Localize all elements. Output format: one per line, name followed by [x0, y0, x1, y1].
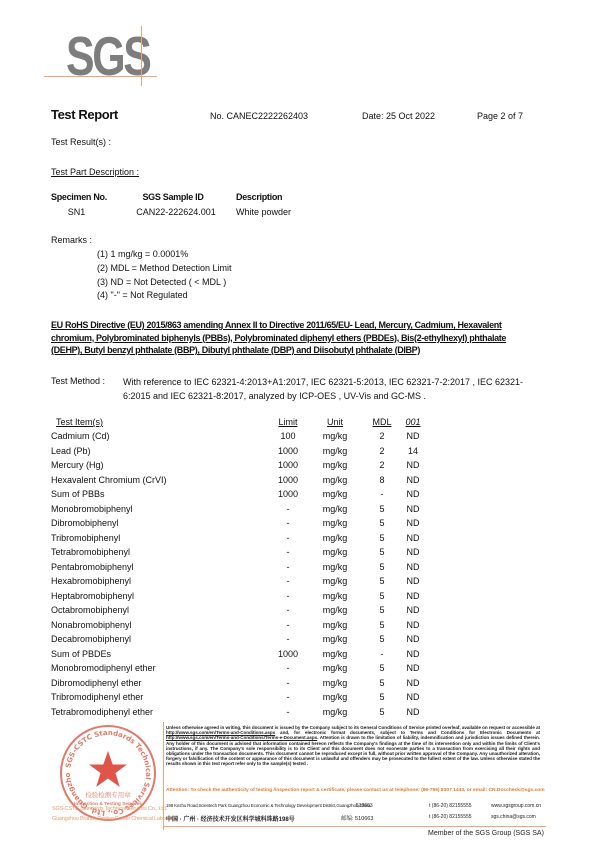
cell-limit: 1000: [273, 649, 303, 660]
cell-limit: -: [273, 605, 303, 616]
cell-test-item: Tetrabromodiphenyl ether: [51, 707, 153, 718]
cell-result: ND: [399, 533, 427, 544]
cell-unit: mg/kg: [319, 663, 351, 674]
cell-mdl: -: [371, 649, 393, 660]
header-test-item: Test Item(s): [56, 417, 103, 428]
cell-result: ND: [399, 489, 427, 500]
cell-mdl: 5: [371, 634, 393, 645]
cell-test-item: Sum of PBDEs: [51, 649, 111, 660]
cell-result: ND: [399, 562, 427, 573]
logo-accent-vertical-line: [141, 26, 142, 86]
cell-test-item: Heptabromobiphenyl: [51, 591, 134, 602]
cell-test-item: Octabromobiphenyl: [51, 605, 129, 616]
address-chinese: 中国 · 广州 · 经济技术开发区科学城科珠路198号: [166, 814, 295, 823]
table-row: Octabromobiphenyl-mg/kg5ND: [51, 605, 471, 620]
cell-limit: 1000: [273, 446, 303, 457]
footer-company-branch: Guangzhou Branch Testing Center Chemical…: [52, 816, 178, 822]
table-row: Tribromobiphenyl-mg/kg5ND: [51, 533, 471, 548]
cell-mdl: 5: [371, 533, 393, 544]
cell-result: ND: [399, 692, 427, 703]
table-row: Tribromodiphenyl ether-mg/kg5ND: [51, 692, 471, 707]
cell-result: ND: [399, 634, 427, 645]
table-row: Hexavalent Chromium (CrVI)1000mg/kg8ND: [51, 475, 471, 490]
cell-limit: 1000: [273, 475, 303, 486]
cell-limit: -: [273, 707, 303, 718]
cell-mdl: 8: [371, 475, 393, 486]
table-row: Dibromobiphenyl-mg/kg5ND: [51, 518, 471, 533]
footer-divider-vertical: [163, 722, 164, 830]
remarks-label: Remarks :: [51, 235, 92, 246]
cell-test-item: Monobromodiphenyl ether: [51, 663, 156, 674]
cell-result: ND: [399, 663, 427, 674]
table-row: Tetrabromodiphenyl ether-mg/kg5ND: [51, 707, 471, 722]
authenticity-notice: Attention: To check the authenticity of …: [166, 788, 546, 793]
cell-result: ND: [399, 504, 427, 515]
cell-limit: -: [273, 591, 303, 602]
cell-result: ND: [399, 678, 427, 689]
cell-result: ND: [399, 475, 427, 486]
cell-unit: mg/kg: [319, 620, 351, 631]
cell-limit: -: [273, 504, 303, 515]
cell-limit: -: [273, 692, 303, 703]
cell-test-item: Tribromobiphenyl: [51, 533, 120, 544]
cell-unit: mg/kg: [319, 605, 351, 616]
table-row: Nonabromobiphenyl-mg/kg5ND: [51, 620, 471, 635]
cell-limit: 1000: [273, 460, 303, 471]
phone-number: t (86-20) 82155555: [429, 803, 472, 809]
cell-unit: mg/kg: [319, 547, 351, 558]
specimen-sample-id: CAN22-222624.001: [128, 207, 224, 218]
sgs-logo: SGS: [66, 26, 162, 86]
cell-limit: 1000: [273, 489, 303, 500]
cell-test-item: Tetrabromobiphenyl: [51, 547, 130, 558]
cell-mdl: 2: [371, 446, 393, 457]
cell-unit: mg/kg: [319, 692, 351, 703]
cell-result: ND: [399, 591, 427, 602]
cell-result: ND: [399, 605, 427, 616]
cell-unit: mg/kg: [319, 518, 351, 529]
cell-limit: -: [273, 533, 303, 544]
footer-company-name: SGS-CSTC Standards Technical Services Co…: [52, 806, 167, 812]
website-link[interactable]: www.sgsgroup.com.cn: [491, 803, 541, 809]
cell-limit: -: [273, 518, 303, 529]
cell-test-item: Monobromobiphenyl: [51, 504, 133, 515]
cell-result: 14: [399, 446, 427, 457]
specimen-no: SN1: [51, 207, 102, 218]
cell-test-item: Hexabromobiphenyl: [51, 576, 131, 587]
phone-number: t (86-20) 82155555: [429, 814, 472, 820]
footer-divider-horizontal: [164, 826, 546, 827]
cell-result: ND: [399, 547, 427, 558]
test-method-label: Test Method :: [51, 376, 105, 387]
cell-limit: -: [273, 547, 303, 558]
table-row: Lead (Pb)1000mg/kg214: [51, 446, 471, 461]
cell-unit: mg/kg: [319, 634, 351, 645]
remark-item: (2) MDL = Method Detection Limit: [97, 263, 231, 274]
test-method-text: With reference to IEC 62321-4:2013+A1:20…: [123, 376, 523, 403]
table-row: Hexabromobiphenyl-mg/kg5ND: [51, 576, 471, 591]
cell-mdl: 2: [371, 460, 393, 471]
cell-test-item: Tribromodiphenyl ether: [51, 692, 143, 703]
cell-unit: mg/kg: [319, 446, 351, 457]
cell-mdl: 5: [371, 547, 393, 558]
cell-result: ND: [399, 649, 427, 660]
cell-mdl: -: [371, 489, 393, 500]
report-title: Test Report: [51, 107, 118, 122]
cell-test-item: Lead (Pb): [51, 446, 91, 457]
header-mdl: MDL: [371, 417, 393, 428]
cell-mdl: 5: [371, 678, 393, 689]
cell-unit: mg/kg: [319, 431, 351, 442]
cell-limit: -: [273, 663, 303, 674]
cell-test-item: Nonabromobiphenyl: [51, 620, 132, 631]
table-header-row: Test Item(s) Limit Unit MDL 001: [51, 417, 471, 432]
cell-mdl: 5: [371, 518, 393, 529]
cell-result: ND: [399, 576, 427, 587]
remark-item: (3) ND = Not Detected ( < MDL ): [97, 277, 226, 288]
cell-test-item: Dibromodiphenyl ether: [51, 678, 142, 689]
cell-limit: -: [273, 620, 303, 631]
cell-result: ND: [399, 620, 427, 631]
cell-test-item: Sum of PBBs: [51, 489, 105, 500]
table-row: Tetrabromobiphenyl-mg/kg5ND: [51, 547, 471, 562]
cell-unit: mg/kg: [319, 576, 351, 587]
cell-result: ND: [399, 707, 427, 718]
cell-unit: mg/kg: [319, 489, 351, 500]
cell-test-item: Cadmium (Cd): [51, 431, 110, 442]
report-date: Date: 25 Oct 2022: [362, 111, 435, 121]
cell-limit: -: [273, 562, 303, 573]
stamp-center-cn: 检验检测专用章: [85, 790, 131, 799]
disclaimer-text: . Attention is drawn to the limitation o…: [166, 735, 540, 766]
table-row: Sum of PBDEs1000mg/kg-ND: [51, 649, 471, 664]
legal-disclaimer: Unless otherwise agreed in writing, this…: [166, 725, 540, 767]
test-part-description-label: Test Part Description :: [51, 167, 139, 178]
cell-mdl: 5: [371, 591, 393, 602]
table-row: Sum of PBBs1000mg/kg-ND: [51, 489, 471, 504]
table-row: Monobromodiphenyl ether-mg/kg5ND: [51, 663, 471, 678]
cell-limit: -: [273, 576, 303, 587]
cell-limit: 100: [273, 431, 303, 442]
cell-test-item: Decabromobiphenyl: [51, 634, 131, 645]
cell-limit: -: [273, 678, 303, 689]
cell-mdl: 5: [371, 576, 393, 587]
cell-unit: mg/kg: [319, 678, 351, 689]
specimen-header-description: Description: [236, 192, 282, 203]
star-icon: [89, 751, 127, 787]
cell-test-item: Hexavalent Chromium (CrVI): [51, 475, 167, 486]
cell-unit: mg/kg: [319, 591, 351, 602]
address-english: 198 Kezhu Road,Scientech Park Guangzhou …: [166, 803, 370, 808]
table-row: Decabromobiphenyl-mg/kg5ND: [51, 634, 471, 649]
header-result-001: 001: [399, 417, 427, 428]
cell-result: ND: [399, 518, 427, 529]
header-limit: Limit: [273, 417, 303, 428]
cell-unit: mg/kg: [319, 475, 351, 486]
cell-mdl: 5: [371, 663, 393, 674]
address-chinese-zip: 邮编: 510663: [341, 814, 373, 822]
report-number: No. CANEC2222262403: [210, 111, 308, 121]
cell-unit: mg/kg: [319, 460, 351, 471]
cell-limit: -: [273, 634, 303, 645]
cell-result: ND: [399, 431, 427, 442]
cell-mdl: 2: [371, 431, 393, 442]
cell-unit: mg/kg: [319, 533, 351, 544]
specimen-header-sample-id: SGS Sample ID: [133, 192, 213, 203]
remark-item: (1) 1 mg/kg = 0.0001%: [97, 249, 188, 260]
cell-mdl: 5: [371, 605, 393, 616]
address-english-zip: 510663: [356, 803, 373, 809]
directive-title: EU RoHS Directive (EU) 2015/863 amending…: [51, 319, 521, 357]
specimen-header-no: Specimen No.: [51, 192, 107, 203]
cell-unit: mg/kg: [319, 649, 351, 660]
email-link[interactable]: sgs.china@sgs.com: [491, 814, 536, 820]
table-row: Cadmium (Cd)100mg/kg2ND: [51, 431, 471, 446]
table-row: Dibromodiphenyl ether-mg/kg5ND: [51, 678, 471, 693]
table-row: Monobromobiphenyl-mg/kg5ND: [51, 504, 471, 519]
page-indicator: Page 2 of 7: [477, 111, 523, 121]
test-results-label: Test Result(s) :: [51, 137, 111, 148]
table-row: Pentabromobiphenyl-mg/kg5ND: [51, 562, 471, 577]
cell-mdl: 5: [371, 504, 393, 515]
logo-text: SGS: [66, 26, 150, 86]
cell-unit: mg/kg: [319, 504, 351, 515]
sgs-group-membership: Member of the SGS Group (SGS SA): [428, 830, 544, 837]
remark-item: (4) "-" = Not Regulated: [97, 290, 188, 301]
specimen-description: White powder: [236, 207, 291, 218]
cell-unit: mg/kg: [319, 562, 351, 573]
cell-mdl: 5: [371, 707, 393, 718]
cell-test-item: Dibromobiphenyl: [51, 518, 119, 529]
cell-mdl: 5: [371, 562, 393, 573]
cell-mdl: 5: [371, 620, 393, 631]
cell-mdl: 5: [371, 692, 393, 703]
cell-test-item: Mercury (Hg): [51, 460, 104, 471]
header-unit: Unit: [319, 417, 351, 428]
table-row: Mercury (Hg)1000mg/kg2ND: [51, 460, 471, 475]
cell-test-item: Pentabromobiphenyl: [51, 562, 134, 573]
cell-unit: mg/kg: [319, 707, 351, 718]
cell-result: ND: [399, 460, 427, 471]
table-row: Heptabromobiphenyl-mg/kg5ND: [51, 591, 471, 606]
